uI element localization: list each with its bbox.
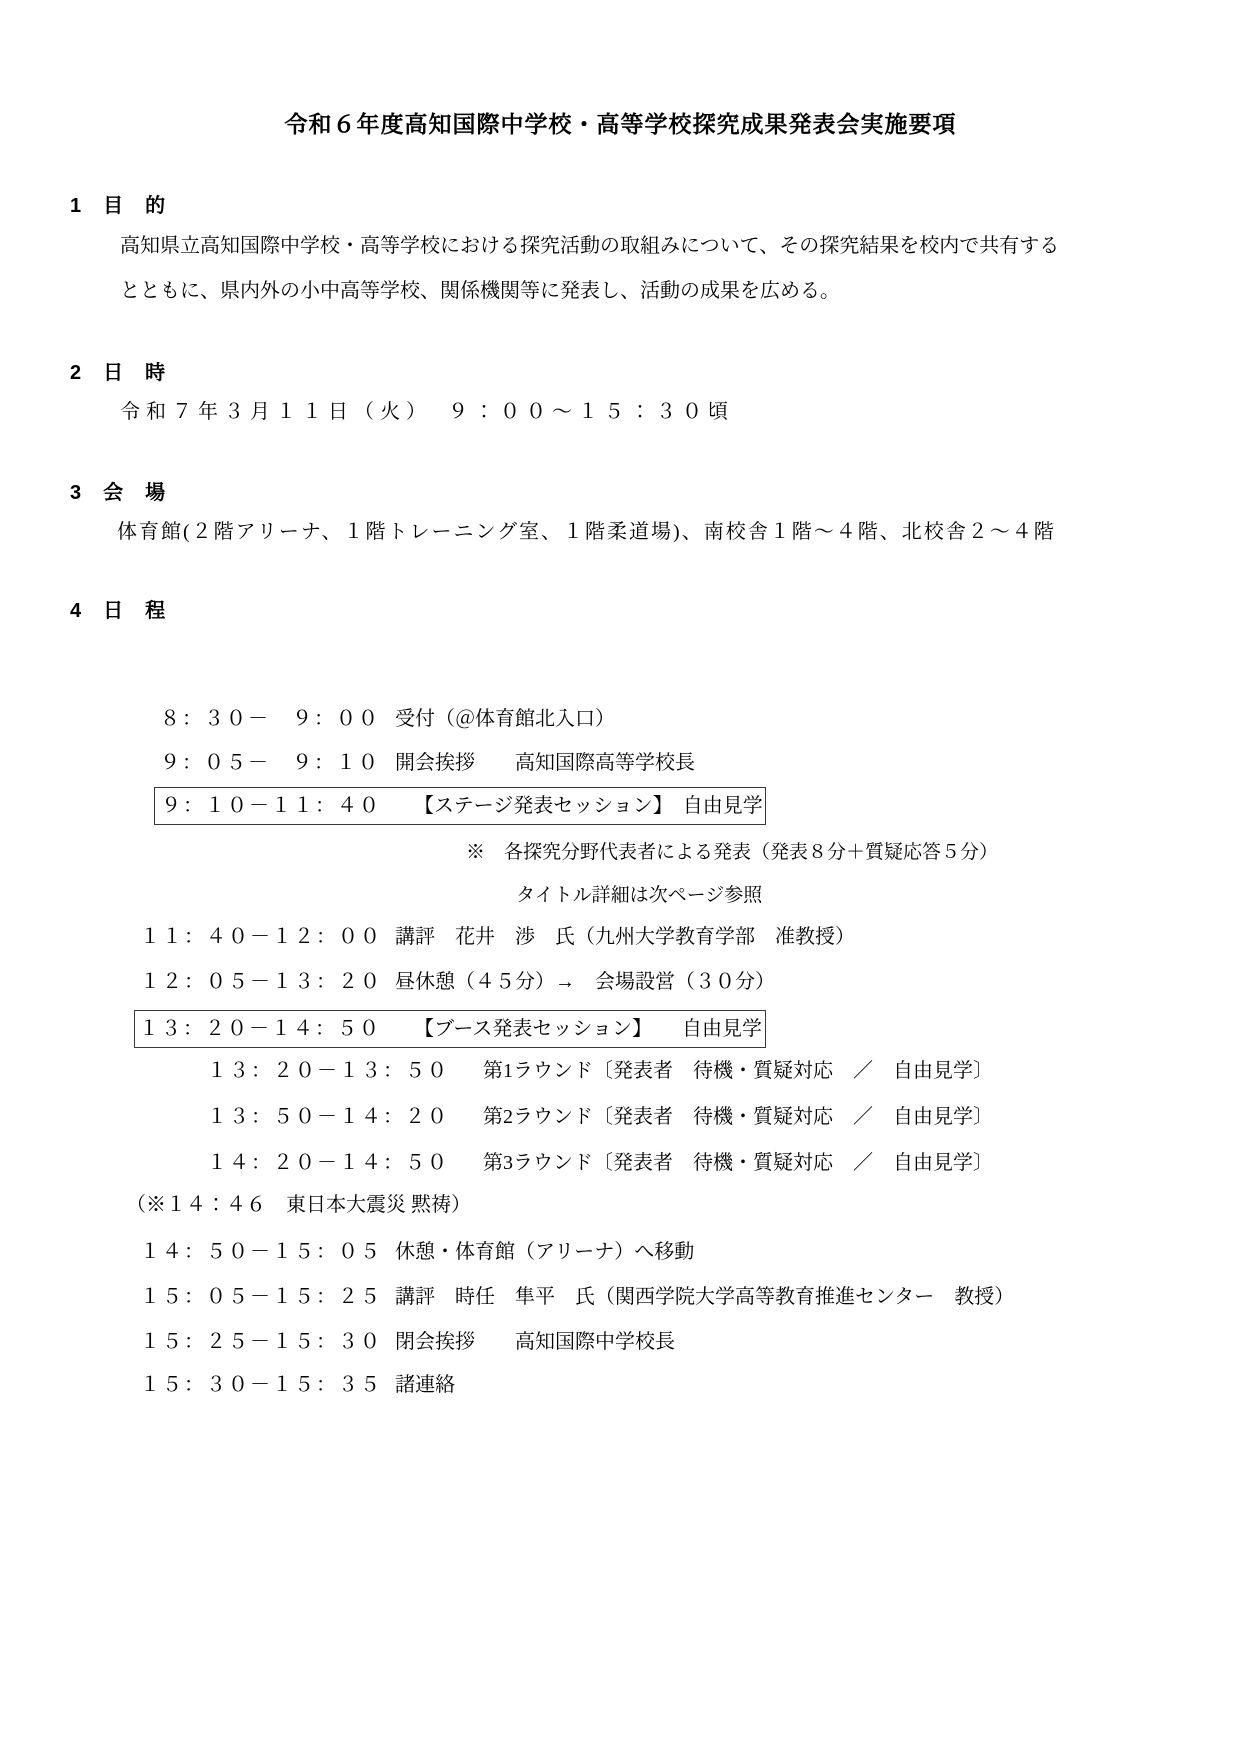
page-title: 令和６年度高知国際中学校・高等学校探究成果発表会実施要項 [0,106,1241,139]
stage-session-title-note: タイトル詳細は次ページ参照 [516,883,762,909]
break-time: １４：５０－１５：０５ [140,1238,382,1266]
venue-line: 体育館(２階アリーナ、１階トレーニング室、１階柔道場)、南校舎１階～４階、北校舎… [117,518,1056,546]
purpose-line-1: 高知県立高知国際中学校・高等学校における探究活動の取組みについて、その探究結果を… [120,232,1059,260]
schedule-row-misc: １５：３０－１５：３５ 諸連絡 [0,1371,1241,1399]
lunch-desc: 昼休憩（４５分）→ 会場設営（３０分） [395,968,775,996]
purpose-line-2: とともに、県内外の小中高等学校、関係機関等に発表し、活動の成果を広める。 [120,277,840,305]
round2-time: １３：５０－１４：２０ [207,1103,449,1131]
lunch-time: １２：０５－１３：２０ [140,968,382,996]
schedule-row-round3: １４：２０－１４：５０ 第3ラウンド〔発表者 待機・質疑対応 ／ 自由見学〕 [0,1149,1241,1177]
section-venue-heading: 3 会 場 [70,476,166,505]
document-page: 令和６年度高知国際中学校・高等学校探究成果発表会実施要項 1 目 的 高知県立高… [0,0,1241,1755]
round2-desc: 第2ラウンド〔発表者 待機・質疑対応 ／ 自由見学〕 [483,1103,993,1131]
schedule-row-round1: １３：２０－１３：５０ 第1ラウンド〔発表者 待機・質疑対応 ／ 自由見学〕 [0,1057,1241,1085]
reception-time: ８：３０－ ９：００ [160,705,380,733]
opening-desc: 開会挨拶 高知国際高等学校長 [395,749,695,777]
round3-desc: 第3ラウンド〔発表者 待機・質疑対応 ／ 自由見学〕 [483,1149,993,1177]
stage-session-time: ９：１０－１１：４０ [161,792,381,820]
schedule-row-break: １４：５０－１５：０５ 休憩・体育館（アリーナ）へ移動 [0,1238,1241,1266]
review2-time: １５：０５－１５：２５ [140,1283,382,1311]
misc-desc: 諸連絡 [395,1371,455,1399]
closing-desc: 閉会挨拶 高知国際中学校長 [395,1328,675,1356]
section-schedule-heading: 4 日 程 [70,594,166,623]
review1-time: １１：４０－１２：００ [140,923,382,951]
schedule-row-round2: １３：５０－１４：２０ 第2ラウンド〔発表者 待機・質疑対応 ／ 自由見学〕 [0,1103,1241,1131]
silence-note: （※１４：４６ 東日本大震災 黙祷） [126,1191,471,1219]
booth-session-desc: 【ブース発表セッション】 自由見学 [414,1015,762,1043]
closing-time: １５：２５－１５：３０ [140,1328,382,1356]
break-desc: 休憩・体育館（アリーナ）へ移動 [395,1238,694,1266]
booth-session-time: １３：２０－１４：５０ [139,1015,381,1043]
datetime-line: 令和７年３月１１日（火） ９：００～１５：３０頃 [120,398,734,426]
schedule-row-review2: １５：０５－１５：２５ 講評 時任 隼平 氏（関西学院大学高等教育推進センター … [0,1283,1241,1311]
misc-time: １５：３０－１５：３５ [140,1371,382,1399]
round1-desc: 第1ラウンド〔発表者 待機・質疑対応 ／ 自由見学〕 [483,1057,993,1085]
opening-time: ９：０５－ ９：１０ [160,749,380,777]
schedule-row-review1: １１：４０－１２：００ 講評 花井 渉 氏（九州大学教育学部 准教授） [0,923,1241,951]
schedule-row-closing: １５：２５－１５：３０ 閉会挨拶 高知国際中学校長 [0,1328,1241,1356]
review1-desc: 講評 花井 渉 氏（九州大学教育学部 准教授） [395,923,855,951]
review2-desc: 講評 時任 隼平 氏（関西学院大学高等教育推進センター 教授） [395,1283,1014,1311]
booth-session-box: １３：２０－１４：５０ 【ブース発表セッション】 自由見学 [134,1010,766,1048]
section-purpose-heading: 1 目 的 [70,189,166,218]
section-datetime-heading: 2 日 時 [70,356,166,385]
round3-time: １４：２０－１４：５０ [207,1149,449,1177]
round1-time: １３：２０－１３：５０ [207,1057,449,1085]
stage-session-note: ※ 各探究分野代表者による発表（発表８分＋質疑応答５分） [466,840,998,866]
stage-session-box: ９：１０－１１：４０ 【ステージ発表セッション】 自由見学 [154,787,766,825]
reception-desc: 受付（＠体育館北入口） [395,705,615,733]
schedule-row-reception: ８：３０－ ９：００ 受付（＠体育館北入口） [0,705,1241,733]
schedule-row-lunch: １２：０５－１３：２０ 昼休憩（４５分）→ 会場設営（３０分） [0,968,1241,996]
stage-session-desc: 【ステージ発表セッション】 自由見学 [414,792,763,820]
schedule-row-opening: ９：０５－ ９：１０ 開会挨拶 高知国際高等学校長 [0,749,1241,777]
